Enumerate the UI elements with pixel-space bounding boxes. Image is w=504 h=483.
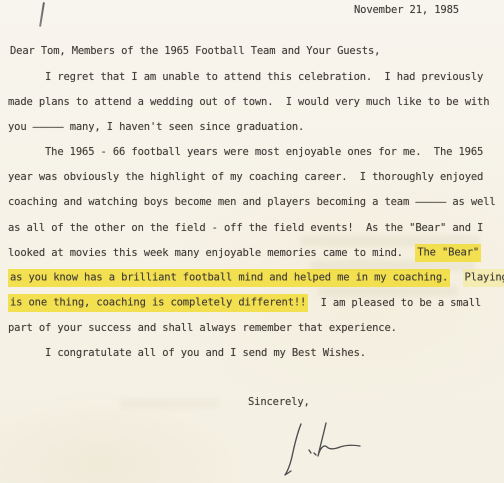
letter-text: you ————— many, I haven't seen since gra… — [8, 121, 304, 133]
letter-text: I congratulate all of you and I send my … — [45, 347, 366, 359]
letter-text: The 1965 - 66 football years were most e… — [45, 146, 483, 158]
letter-line: coaching and watching boys become men an… — [8, 190, 504, 215]
letter-text — [450, 272, 462, 284]
date-line: November 21, 1985 — [354, 0, 459, 23]
highlighted-text: as you know has a brilliant football min… — [8, 269, 450, 287]
letter-line: year was obviously the highlight of my c… — [8, 165, 504, 190]
highlighted-text: The "Bear" — [415, 244, 481, 262]
letter-page: November 21, 1985 Dear Tom, Members of t… — [0, 0, 504, 483]
salutation-line: Dear Tom, Members of the 1965 Football T… — [10, 39, 380, 64]
letter-line: as you know has a brilliant football min… — [8, 266, 504, 291]
letter-line: I congratulate all of you and I send my … — [8, 341, 504, 366]
letter-text: coaching and watching boys become men an… — [8, 196, 496, 208]
letter-line: part of your success and shall always re… — [8, 316, 504, 341]
letter-text: I regret that I am unable to attend this… — [45, 71, 483, 83]
letter-text: made plans to attend a wedding out of to… — [8, 96, 489, 108]
letter-line: The 1965 - 66 football years were most e… — [8, 140, 504, 165]
letter-line: is one thing, coaching is completely dif… — [8, 291, 504, 316]
letter-text: as all of the other on the field - off t… — [8, 222, 483, 234]
letter-line: you ————— many, I haven't seen since gra… — [8, 115, 504, 140]
letter-line: made plans to attend a wedding out of to… — [8, 90, 504, 115]
letter-text: I am pleased to be a small — [308, 297, 481, 309]
highlighted-text: is one thing, coaching is completely dif… — [8, 294, 308, 312]
signature-scribble — [280, 416, 368, 482]
letter-body: I regret that I am unable to attend this… — [8, 65, 504, 366]
letter-text: year was obviously the highlight of my c… — [8, 171, 483, 183]
closing-line: Sincerely, — [248, 390, 310, 415]
letter-text: part of your success and shall always re… — [8, 322, 397, 334]
letter-text: looked at movies this week many enjoyabl… — [8, 247, 415, 259]
letter-line: looked at movies this week many enjoyabl… — [8, 241, 504, 266]
pen-mark — [39, 2, 45, 27]
bleed-through-smudge — [120, 398, 220, 409]
highlighted-text: Playing — [463, 269, 504, 287]
letter-line: as all of the other on the field - off t… — [8, 216, 504, 241]
letter-line: I regret that I am unable to attend this… — [8, 65, 504, 90]
